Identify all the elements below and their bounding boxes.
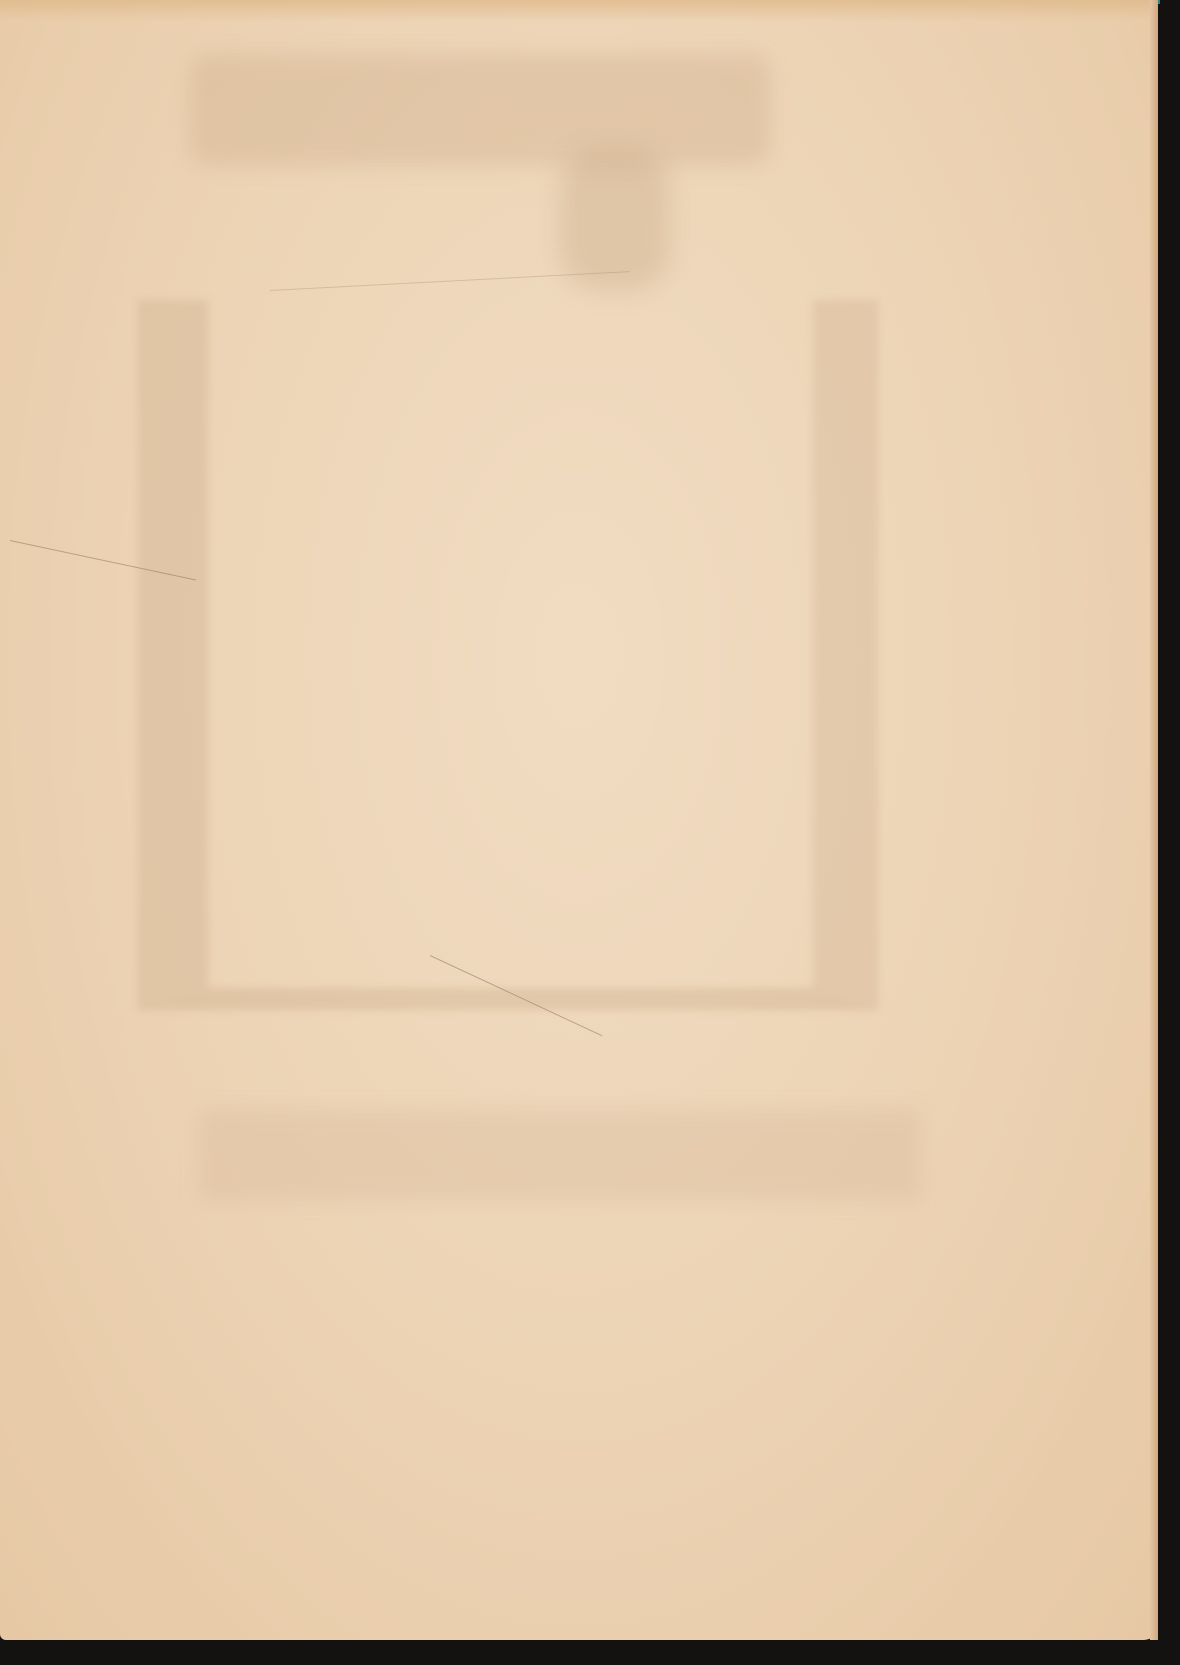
bleed-through-bottom-band — [200, 1110, 920, 1200]
bleed-through-mark — [560, 150, 670, 290]
top-foxing-stain — [0, 0, 1158, 22]
page-right-edge — [1150, 0, 1158, 1640]
paper-page — [0, 0, 1158, 1640]
bleed-through-frame — [138, 300, 878, 1010]
bleed-through-title-stain — [190, 55, 770, 165]
